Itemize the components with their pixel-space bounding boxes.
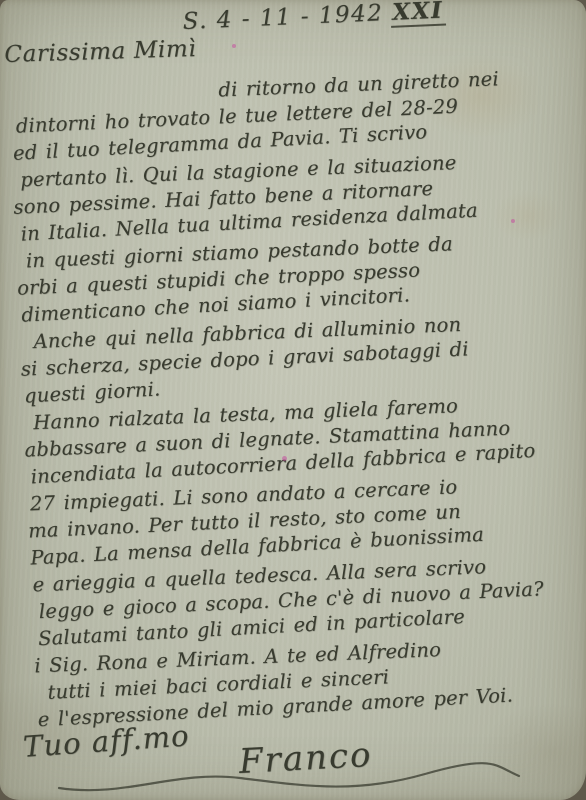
date-text: S. 4 - 11 - 1942 <box>182 0 384 35</box>
ink-speck <box>232 44 236 48</box>
era-year-roman: XXI <box>390 0 446 28</box>
signature-flourish <box>55 758 525 798</box>
salutation: Carissima Mimì <box>4 36 197 68</box>
ink-speck <box>511 219 515 223</box>
date-line: S. 4 - 11 - 1942XXI <box>182 0 446 37</box>
ink-speck <box>282 456 287 461</box>
letter-body: di ritorno da un giretto nei dintorni ho… <box>8 59 586 734</box>
postcard-paper: S. 4 - 11 - 1942XXI Carissima Mimì di ri… <box>0 0 586 800</box>
